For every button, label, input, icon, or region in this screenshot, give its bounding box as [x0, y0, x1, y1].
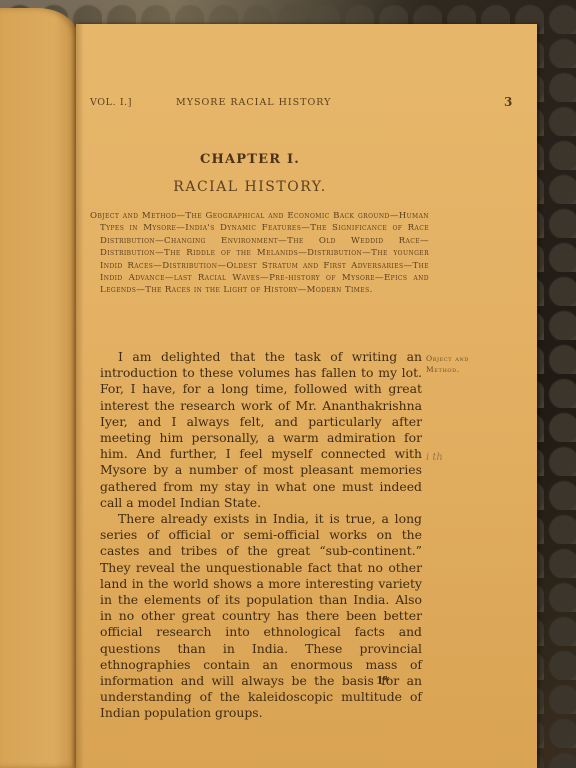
handwritten-annotation: i th — [426, 452, 443, 463]
paragraph: I am delighted that the task of writing … — [100, 349, 422, 511]
facing-page-edge — [0, 8, 78, 768]
running-head: VOL. I.] MYSORE RACIAL HISTORY 3 — [90, 97, 523, 111]
paragraph: There already exists in India, it is tru… — [100, 511, 422, 722]
book-page: VOL. I.] MYSORE RACIAL HISTORY 3 CHAPTER… — [76, 24, 537, 768]
signature-mark: 1* — [376, 674, 389, 687]
volume-label: VOL. I.] — [90, 97, 132, 108]
spine-shadow — [76, 24, 84, 768]
margin-note-line: Object and — [426, 353, 506, 364]
chapter-synopsis: Object and Method—The Geographical and E… — [90, 210, 429, 297]
page-number: 3 — [504, 95, 513, 109]
chapter-heading: CHAPTER I. — [76, 152, 424, 167]
margin-note: Object and Method. — [426, 353, 506, 375]
margin-note-line: Method. — [426, 364, 506, 375]
chapter-title: RACIAL HISTORY. — [76, 179, 424, 195]
running-title: MYSORE RACIAL HISTORY — [176, 97, 331, 108]
body-text: I am delighted that the task of writing … — [100, 349, 422, 722]
